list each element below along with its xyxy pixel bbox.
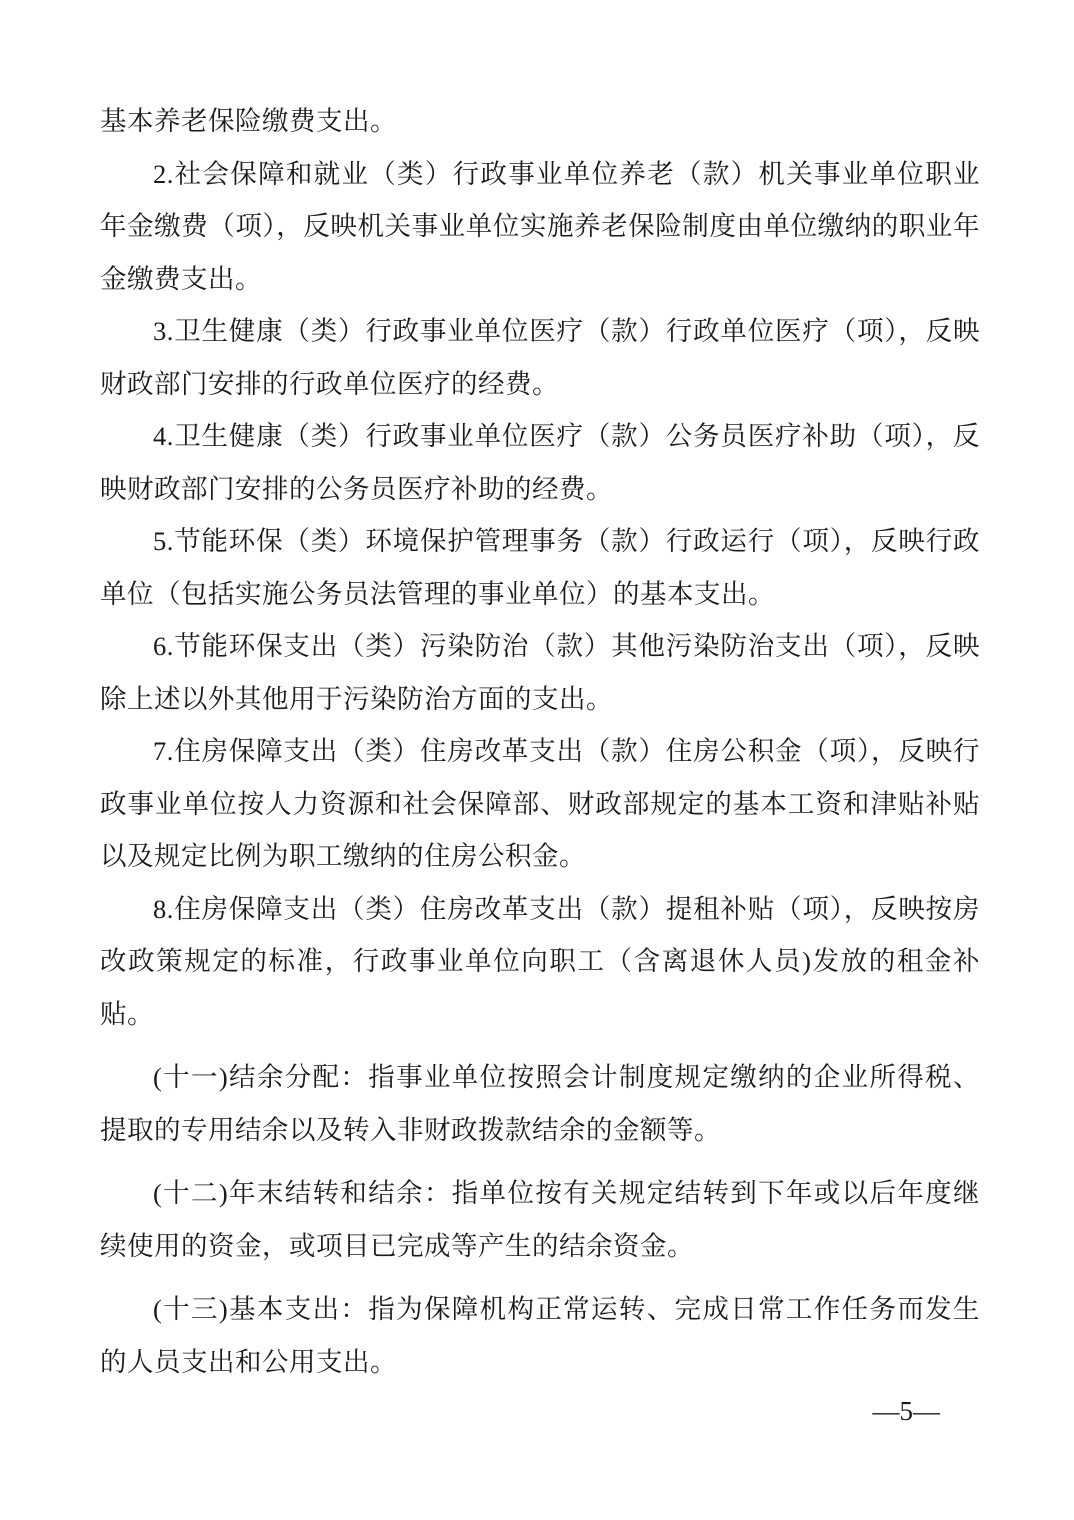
paragraph-item-2: 2.社会保障和就业（类）行政事业单位养老（款）机关事业单位职业年金缴费（项），反… [100,148,980,306]
paragraph-continuation: 基本养老保险缴费支出。 [100,95,980,148]
paragraph-item-12: (十二)年末结转和结余：指单位按有关规定结转到下年或以后年度继续使用的资金，或项… [100,1167,980,1272]
paragraph-item-6: 6.节能环保支出（类）污染防治（款）其他污染防治支出（项），反映除上述以外其他用… [100,620,980,725]
paragraph-item-11: (十一)结余分配：指事业单位按照会计制度规定缴纳的企业所得税、提取的专用结余以及… [100,1051,980,1156]
paragraph-item-13: (十三)基本支出：指为保障机构正常运转、完成日常工作任务而发生的人员支出和公用支… [100,1283,980,1388]
document-body: 基本养老保险缴费支出。 2.社会保障和就业（类）行政事业单位养老（款）机关事业单… [100,95,980,1388]
paragraph-item-5: 5.节能环保（类）环境保护管理事务（款）行政运行（项），反映行政单位（包括实施公… [100,515,980,620]
paragraph-item-7: 7.住房保障支出（类）住房改革支出（款）住房公积金（项），反映行政事业单位按人力… [100,725,980,883]
paragraph-item-8: 8.住房保障支出（类）住房改革支出（款）提租补贴（项），反映按房改政策规定的标准… [100,883,980,1041]
document-page: 基本养老保险缴费支出。 2.社会保障和就业（类）行政事业单位养老（款）机关事业单… [0,0,1074,1520]
page-number: —5— [873,1396,941,1426]
paragraph-item-4: 4.卫生健康（类）行政事业单位医疗（款）公务员医疗补助（项），反映财政部门安排的… [100,410,980,515]
paragraph-item-3: 3.卫生健康（类）行政事业单位医疗（款）行政单位医疗（项），反映财政部门安排的行… [100,305,980,410]
